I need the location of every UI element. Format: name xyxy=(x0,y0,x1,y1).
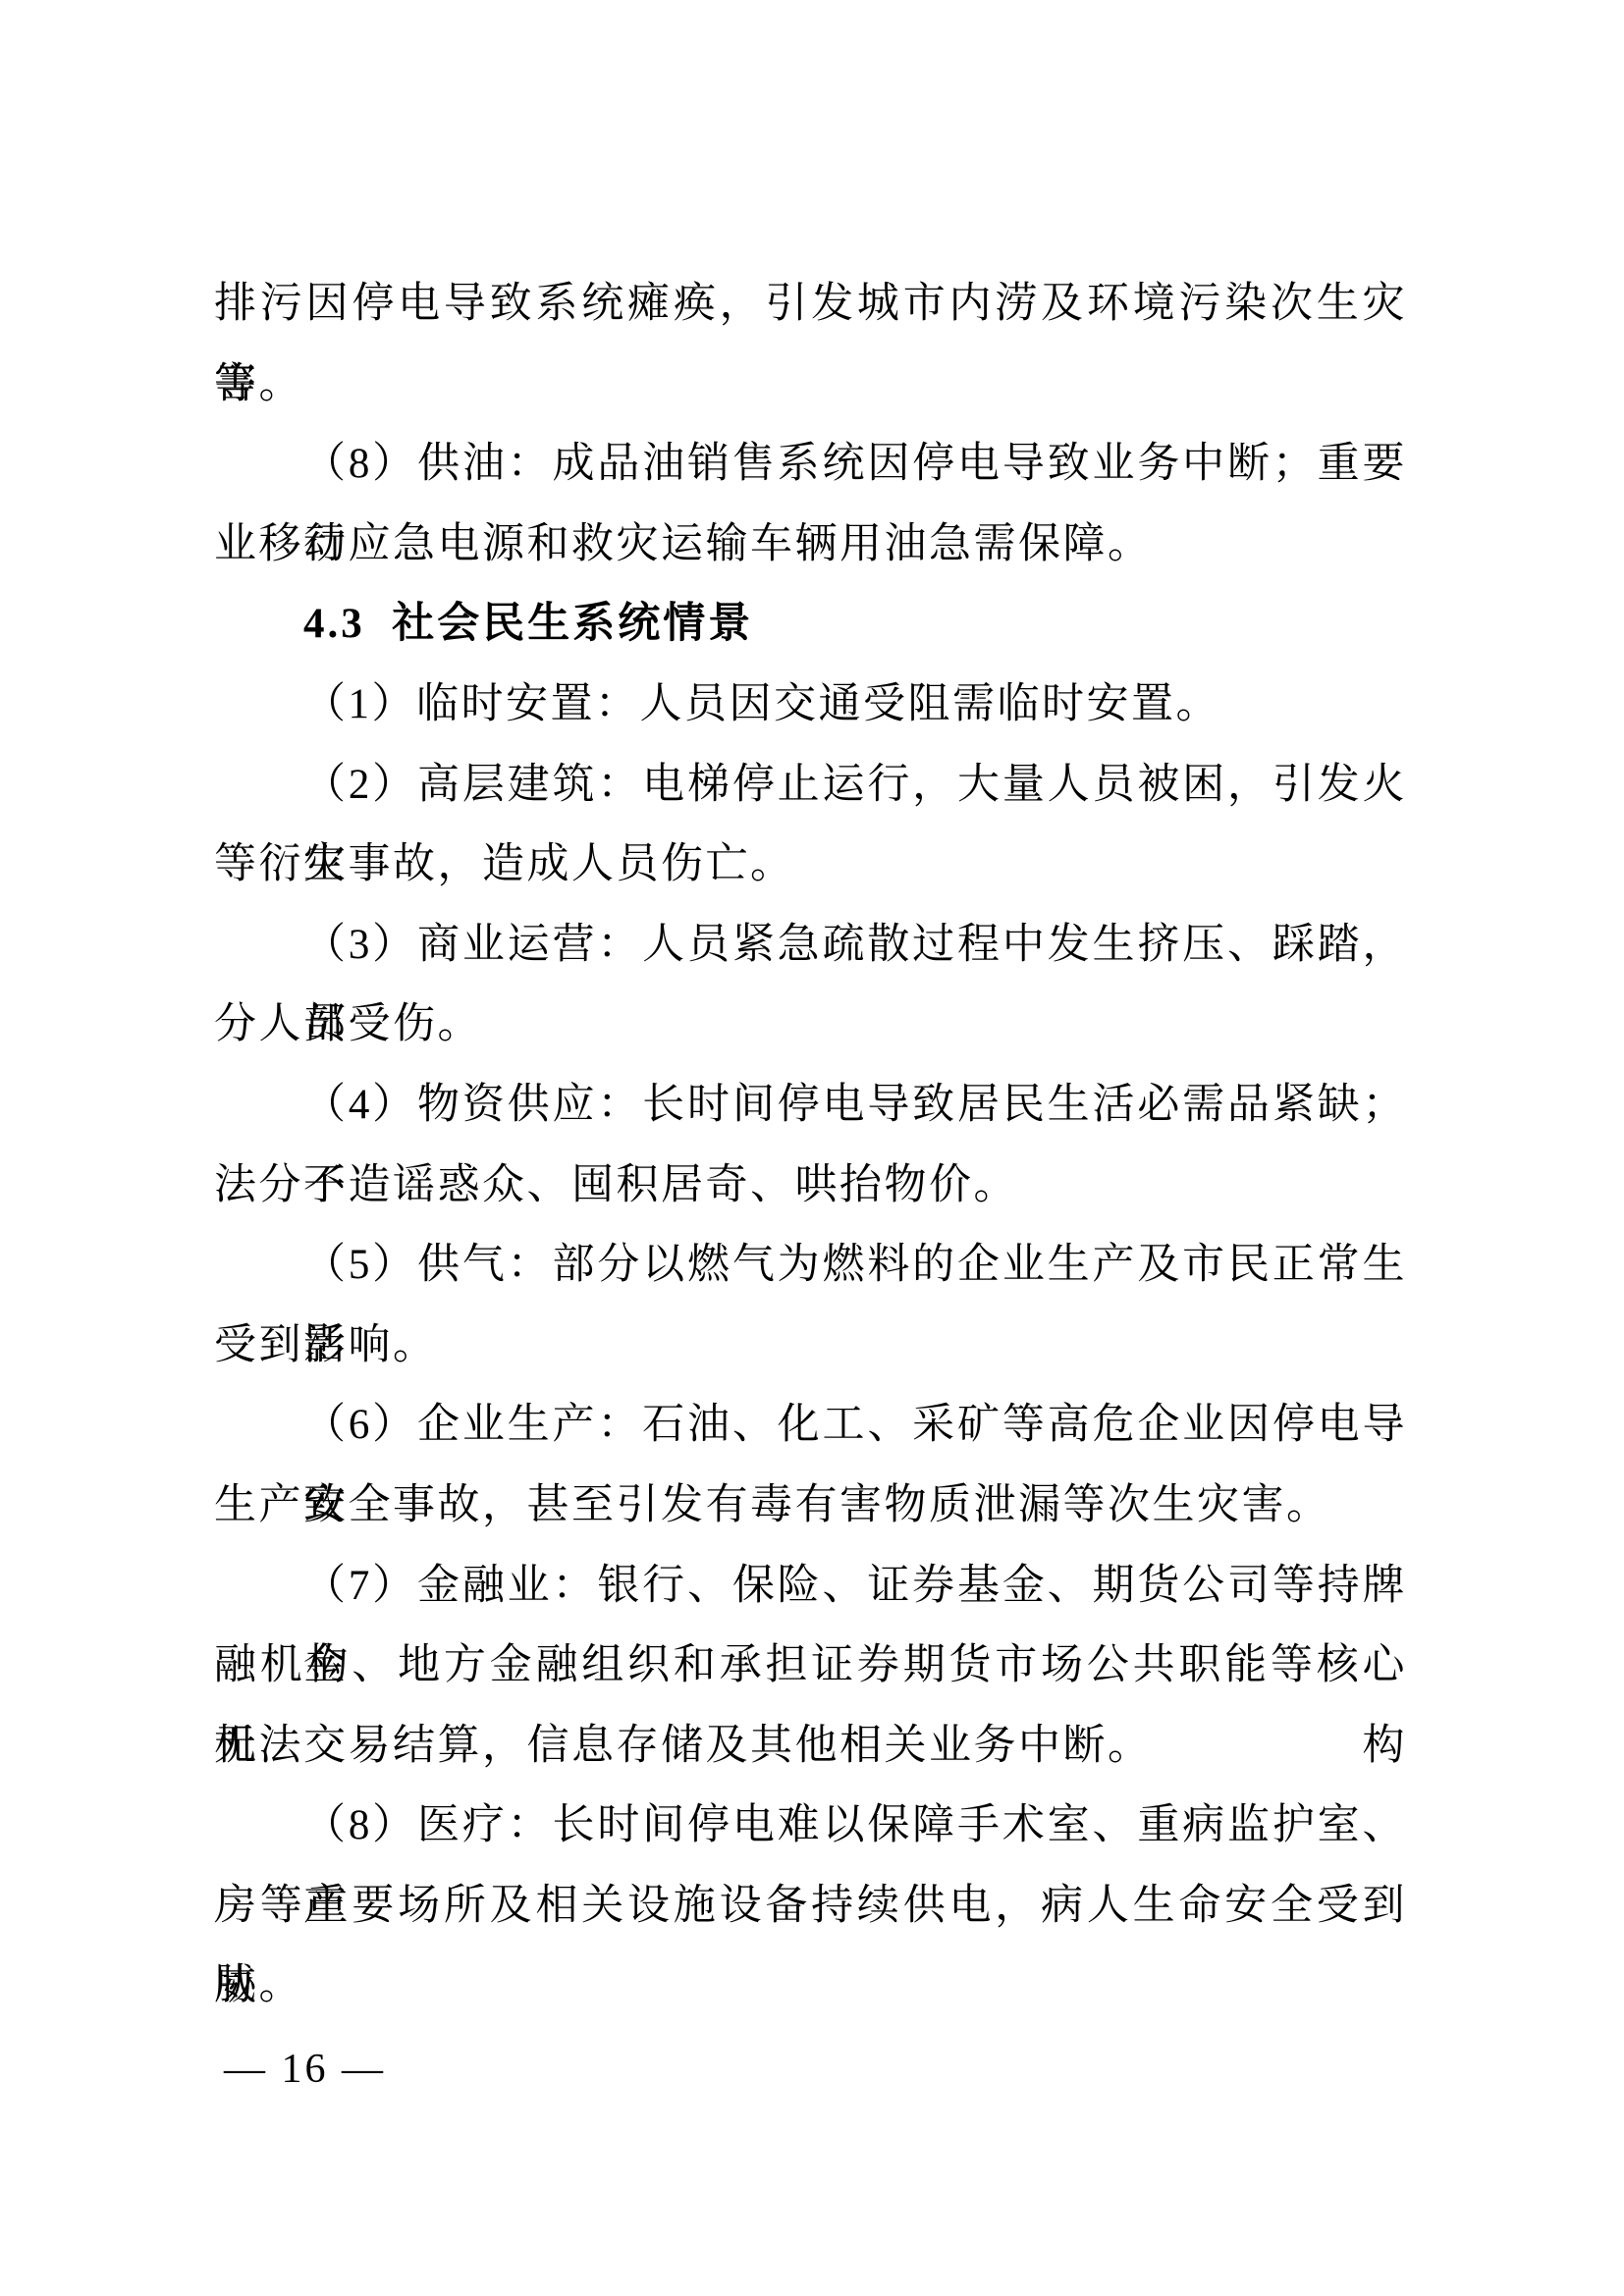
text-line: 受到影响。 xyxy=(214,1306,1407,1386)
text-line: 房等重要场所及相关设施设备持续供电，病人生命安全受到威 xyxy=(214,1866,1407,1947)
text-line: （6）企业生产：石油、化工、采矿等高危企业因停电导致 xyxy=(214,1385,1407,1466)
text-line: （5）供气：部分以燃气为燃料的企业生产及市民正常生活 xyxy=(214,1225,1407,1306)
text-line: （8）供油：成品油销售系统因停电导致业务中断；重要行 xyxy=(214,424,1407,505)
text-line: 胁。 xyxy=(214,1946,1407,2026)
text-line: （8）医疗：长时间停电难以保障手术室、重病监护室、产 xyxy=(214,1786,1407,1866)
text-line: 融机构、地方金融组织和承担证券期货市场公共职能等核心机构 xyxy=(214,1626,1407,1706)
page-background: 排污因停电导致系统瘫痪，引发城市内涝及环境污染次生灾害 等。 （8）供油：成品油… xyxy=(0,0,1624,2296)
text-line: 等。 xyxy=(214,345,1407,425)
document-body: 排污因停电导致系统瘫痪，引发城市内涝及环境污染次生灾害 等。 （8）供油：成品油… xyxy=(214,264,1407,2026)
text-line: （2）高层建筑：电梯停止运行，大量人员被困，引发火灾 xyxy=(214,745,1407,826)
text-line: （1）临时安置：人员因交通受阻需临时安置。 xyxy=(214,665,1407,745)
text-line: （4）物资供应：长时间停电导致居民生活必需品紧缺；不 xyxy=(214,1065,1407,1146)
text-line: （7）金融业：银行、保险、证券基金、期货公司等持牌金 xyxy=(214,1546,1407,1627)
text-line: 排污因停电导致系统瘫痪，引发城市内涝及环境污染次生灾害 xyxy=(214,264,1407,345)
text-line: 分人员受伤。 xyxy=(214,985,1407,1065)
text-line: 等衍生事故，造成人员伤亡。 xyxy=(214,825,1407,905)
document-page: { "document": { "lines": [ { "text": "排污… xyxy=(0,0,1624,2296)
text-line: 生产安全事故，甚至引发有毒有害物质泄漏等次生灾害。 xyxy=(214,1466,1407,1546)
text-line: 业移动应急电源和救灾运输车辆用油急需保障。 xyxy=(214,505,1407,585)
page-number: — 16 — xyxy=(224,2045,386,2094)
text-line: 法分子造谣惑众、囤积居奇、哄抬物价。 xyxy=(214,1146,1407,1226)
text-line: （3）商业运营：人员紧急疏散过程中发生挤压、踩踏，部 xyxy=(214,905,1407,986)
section-heading: 4.3 社会民生系统情景 xyxy=(214,584,1407,665)
